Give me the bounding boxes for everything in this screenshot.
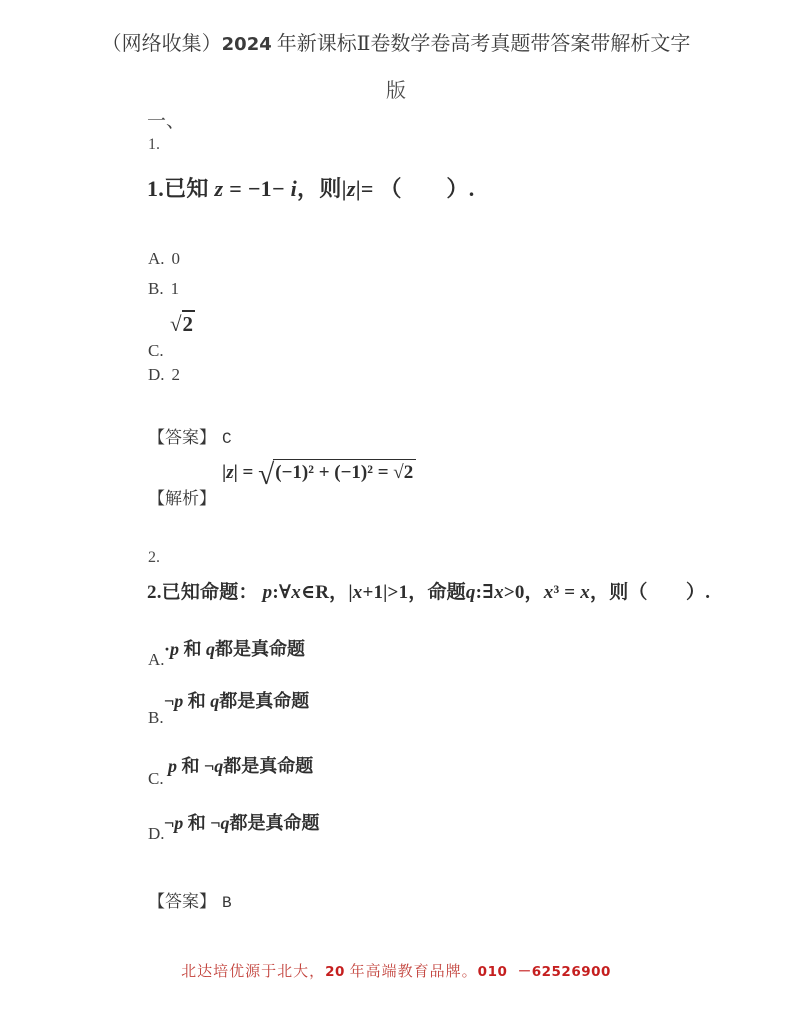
q2-option-b-text: ¬p 和 q都是真命题 [164, 687, 309, 713]
q2-option-c-label: C. [148, 769, 164, 789]
q2-option-b-label: B. [148, 708, 164, 728]
option-label: D. [148, 365, 165, 384]
title-prefix: （网络收集） [102, 33, 222, 55]
answer-label: 【答案】 [148, 428, 216, 447]
page-title-line2: 版 [0, 74, 792, 103]
page-title: （网络收集）2024 年新课标Ⅱ卷数学卷高考真题带答案带解析文字 [0, 27, 792, 56]
radical-sign: √ [170, 312, 182, 337]
q2-option-c-text: p 和 ¬q都是真命题 [168, 752, 313, 778]
q1-option-d: D.2 [148, 365, 180, 385]
option-label: A. [148, 249, 165, 268]
q1-index: 1. [148, 136, 160, 154]
answer-value: C [222, 430, 233, 448]
radicand: 2 [182, 310, 196, 337]
option-label: B. [148, 279, 164, 298]
analysis-lhs: |z| = [222, 462, 258, 483]
footer-text: 年高端教育品牌。 [345, 964, 478, 980]
footer-banner: 北达培优源于北大，20 年高端教育品牌。010 －62526900 [0, 960, 792, 981]
section-marker: 一、 [147, 106, 185, 133]
title-suffix: 年新课标Ⅱ卷数学卷高考真题带答案带解析文字 [272, 33, 691, 55]
q2-option-d-label: D. [148, 824, 165, 844]
q1-option-a: A.0 [148, 249, 180, 269]
option-label: C. [148, 341, 164, 360]
q2-index: 2. [148, 549, 160, 567]
footer-phone: 010 －62526900 [478, 964, 611, 980]
option-text: 1 [171, 279, 180, 298]
q2-option-a-text: ·p 和 q都是真命题 [164, 635, 305, 661]
q2-stem-formula: 2.已知命题： p:∀x∈R，|x+1|>1，命题q:∃x>0，x³ = x，则… [147, 577, 710, 604]
footer-years: 20 [325, 964, 345, 980]
radicand: (−1)² + (−1)² = √2 [273, 459, 416, 484]
footer-text: 北达培优源于北大， [181, 964, 325, 980]
answer-value: B [222, 894, 233, 912]
option-text: 0 [172, 249, 181, 268]
option-text: 2 [172, 365, 181, 384]
q1-option-c: C. [148, 341, 171, 361]
q2-answer: 【答案】B [148, 887, 233, 912]
document-page: （网络收集）2024 年新课标Ⅱ卷数学卷高考真题带答案带解析文字 版 一、 1.… [0, 0, 792, 1024]
q1-analysis-label: 【解析】 [148, 484, 216, 509]
q1-stem-formula: 1.已知 z = −1− i，则|z|= （ ）. [147, 172, 475, 203]
radical-sign: √ [258, 459, 274, 492]
q1-option-b: B.1 [148, 279, 179, 299]
q1-analysis-formula: |z| = √(−1)² + (−1)² = √2 [222, 459, 416, 492]
q2-option-d-text: ¬p 和 ¬q都是真命题 [164, 809, 320, 835]
q1-option-c-formula: √2 [170, 310, 195, 337]
answer-label: 【答案】 [148, 892, 216, 911]
q2-option-a-label: A. [148, 650, 165, 670]
q1-answer: 【答案】C [148, 423, 233, 448]
title-year: 2024 [222, 34, 272, 55]
